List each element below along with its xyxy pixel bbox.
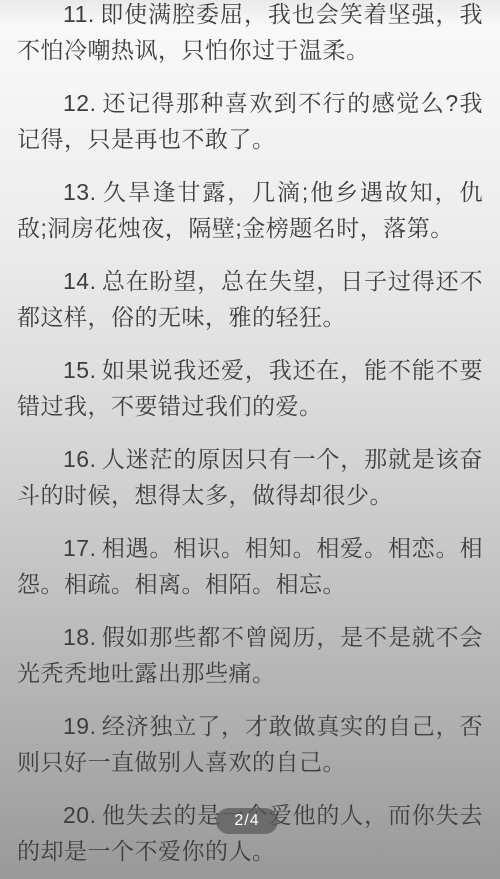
page-indicator-label: 2/4 — [234, 812, 259, 830]
quote-item: 19.经济独立了，才敢做真实的自己，否则只好一直做别人喜欢的自己。 — [17, 708, 483, 780]
quote-number: 16. — [63, 446, 96, 472]
quote-list: 11.即使满腔委屈，我也会笑着坚强，我不怕冷嘲热讽，只怕你过于温柔。 12.还记… — [0, 0, 500, 869]
quote-item: 14.总在盼望，总在失望，日子过得还不都这样，俗的无味，雅的轻狂。 — [17, 263, 483, 335]
quote-number: 13. — [63, 179, 96, 205]
page-indicator-badge: 2/4 — [216, 808, 278, 834]
quote-number: 20. — [63, 802, 96, 828]
quote-item: 13.久旱逢甘露，几滴;他乡遇故知，仇敌;洞房花烛夜，隔壁;金榜题名时，落第。 — [17, 174, 483, 246]
quote-number: 18. — [63, 624, 96, 650]
quotes-page: 11.即使满腔委屈，我也会笑着坚强，我不怕冷嘲热讽，只怕你过于温柔。 12.还记… — [0, 0, 500, 879]
quote-number: 12. — [63, 90, 96, 116]
quote-item: 11.即使满腔委屈，我也会笑着坚强，我不怕冷嘲热讽，只怕你过于温柔。 — [17, 0, 483, 68]
quote-item: 16.人迷茫的原因只有一个，那就是该奋斗的时候，想得太多，做得却很少。 — [17, 441, 483, 513]
quote-item: 17.相遇。相识。相知。相爱。相恋。相怨。相疏。相离。相陌。相忘。 — [17, 530, 483, 602]
quote-number: 14. — [63, 268, 96, 294]
quote-number: 15. — [63, 357, 96, 383]
quote-item: 12.还记得那种喜欢到不行的感觉么?我记得，只是再也不敢了。 — [17, 85, 483, 157]
quote-number: 19. — [63, 713, 96, 739]
quote-item: 18.假如那些都不曾阅历，是不是就不会光秃秃地吐露出那些痛。 — [17, 619, 483, 691]
quote-number: 11. — [63, 1, 95, 27]
quote-item: 15.如果说我还爱，我还在，能不能不要错过我，不要错过我们的爱。 — [17, 352, 483, 424]
quote-number: 17. — [63, 535, 96, 561]
